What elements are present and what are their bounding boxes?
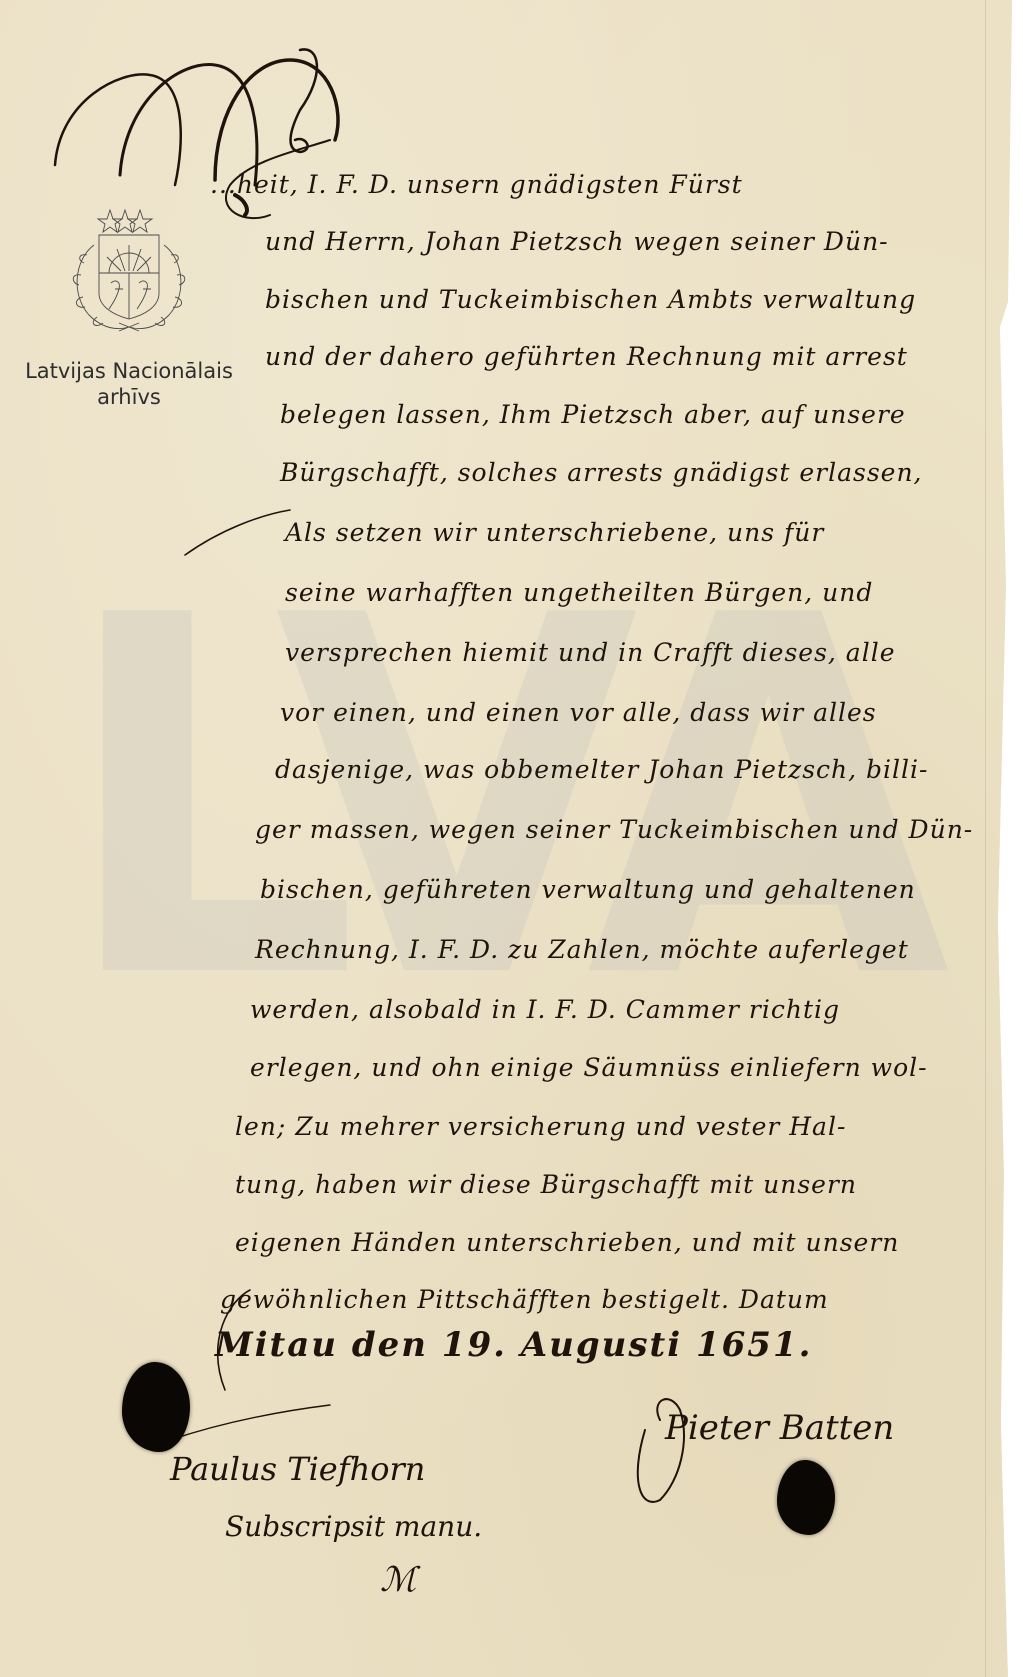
text-line: Als setzen wir unterschriebene, uns für [285, 518, 824, 547]
text-line: tung, haben wir diese Bürgschafft mit un… [235, 1170, 857, 1199]
archive-name-line1: Latvijas Nacionālais [18, 358, 240, 384]
archive-name-line2: arhīvs [18, 384, 240, 410]
text-line: Bürgschafft, solches arrests gnädigst er… [280, 458, 923, 487]
text-line: gewöhnlichen Pittschäfften bestigelt. Da… [220, 1285, 829, 1314]
text-line: erlegen, und ohn einige Säumnüss einlief… [250, 1053, 928, 1082]
text-line: versprechen hiemit und in Crafft dieses,… [285, 638, 896, 667]
archive-logo: Latvijas Nacionālais arhīvs [18, 205, 240, 420]
text-line: ...heit, I. F. D. unsern gnädigsten Fürs… [210, 170, 743, 199]
text-line: Rechnung, I. F. D. zu Zahlen, möchte auf… [255, 935, 909, 964]
text-line: vor einen, und einen vor alle, dass wir … [280, 698, 877, 727]
paper-edge-fold [985, 0, 986, 1677]
text-line: belegen lassen, Ihm Pietzsch aber, auf u… [280, 400, 906, 429]
text-line: und der dahero geführten Rechnung mit ar… [265, 342, 908, 371]
text-line: seine warhafften ungetheilten Bürgen, un… [285, 578, 873, 607]
signature-paulus-line1: Paulus Tiefhorn [170, 1450, 425, 1488]
text-line: ger massen, wegen seiner Tuckeimbischen … [255, 815, 973, 844]
date-line: Mitau den 19. Augusti 1651. [215, 1325, 812, 1365]
text-line: werden, alsobald in I. F. D. Cammer rich… [250, 995, 840, 1024]
latvia-coat-of-arms-icon [59, 205, 199, 340]
text-line: bischen und Tuckeimbischen Ambts verwalt… [265, 285, 916, 314]
wax-seal-left [122, 1362, 190, 1452]
signature-paulus-line2: Subscripsit manu. [225, 1510, 482, 1543]
signature-mark: ℳ [380, 1560, 416, 1600]
text-line: eigenen Händen unterschrieben, und mit u… [235, 1228, 899, 1257]
text-line: len; Zu mehrer versicherung und vester H… [235, 1112, 846, 1141]
text-line: dasjenige, was obbemelter Johan Pietzsch… [275, 755, 928, 784]
signature-pieter-batten: Pieter Batten [665, 1408, 894, 1448]
text-line: und Herrn, Johan Pietzsch wegen seiner D… [265, 227, 889, 256]
text-line: bischen, geführeten verwaltung und gehal… [260, 875, 916, 904]
wax-seal-right [777, 1460, 835, 1535]
